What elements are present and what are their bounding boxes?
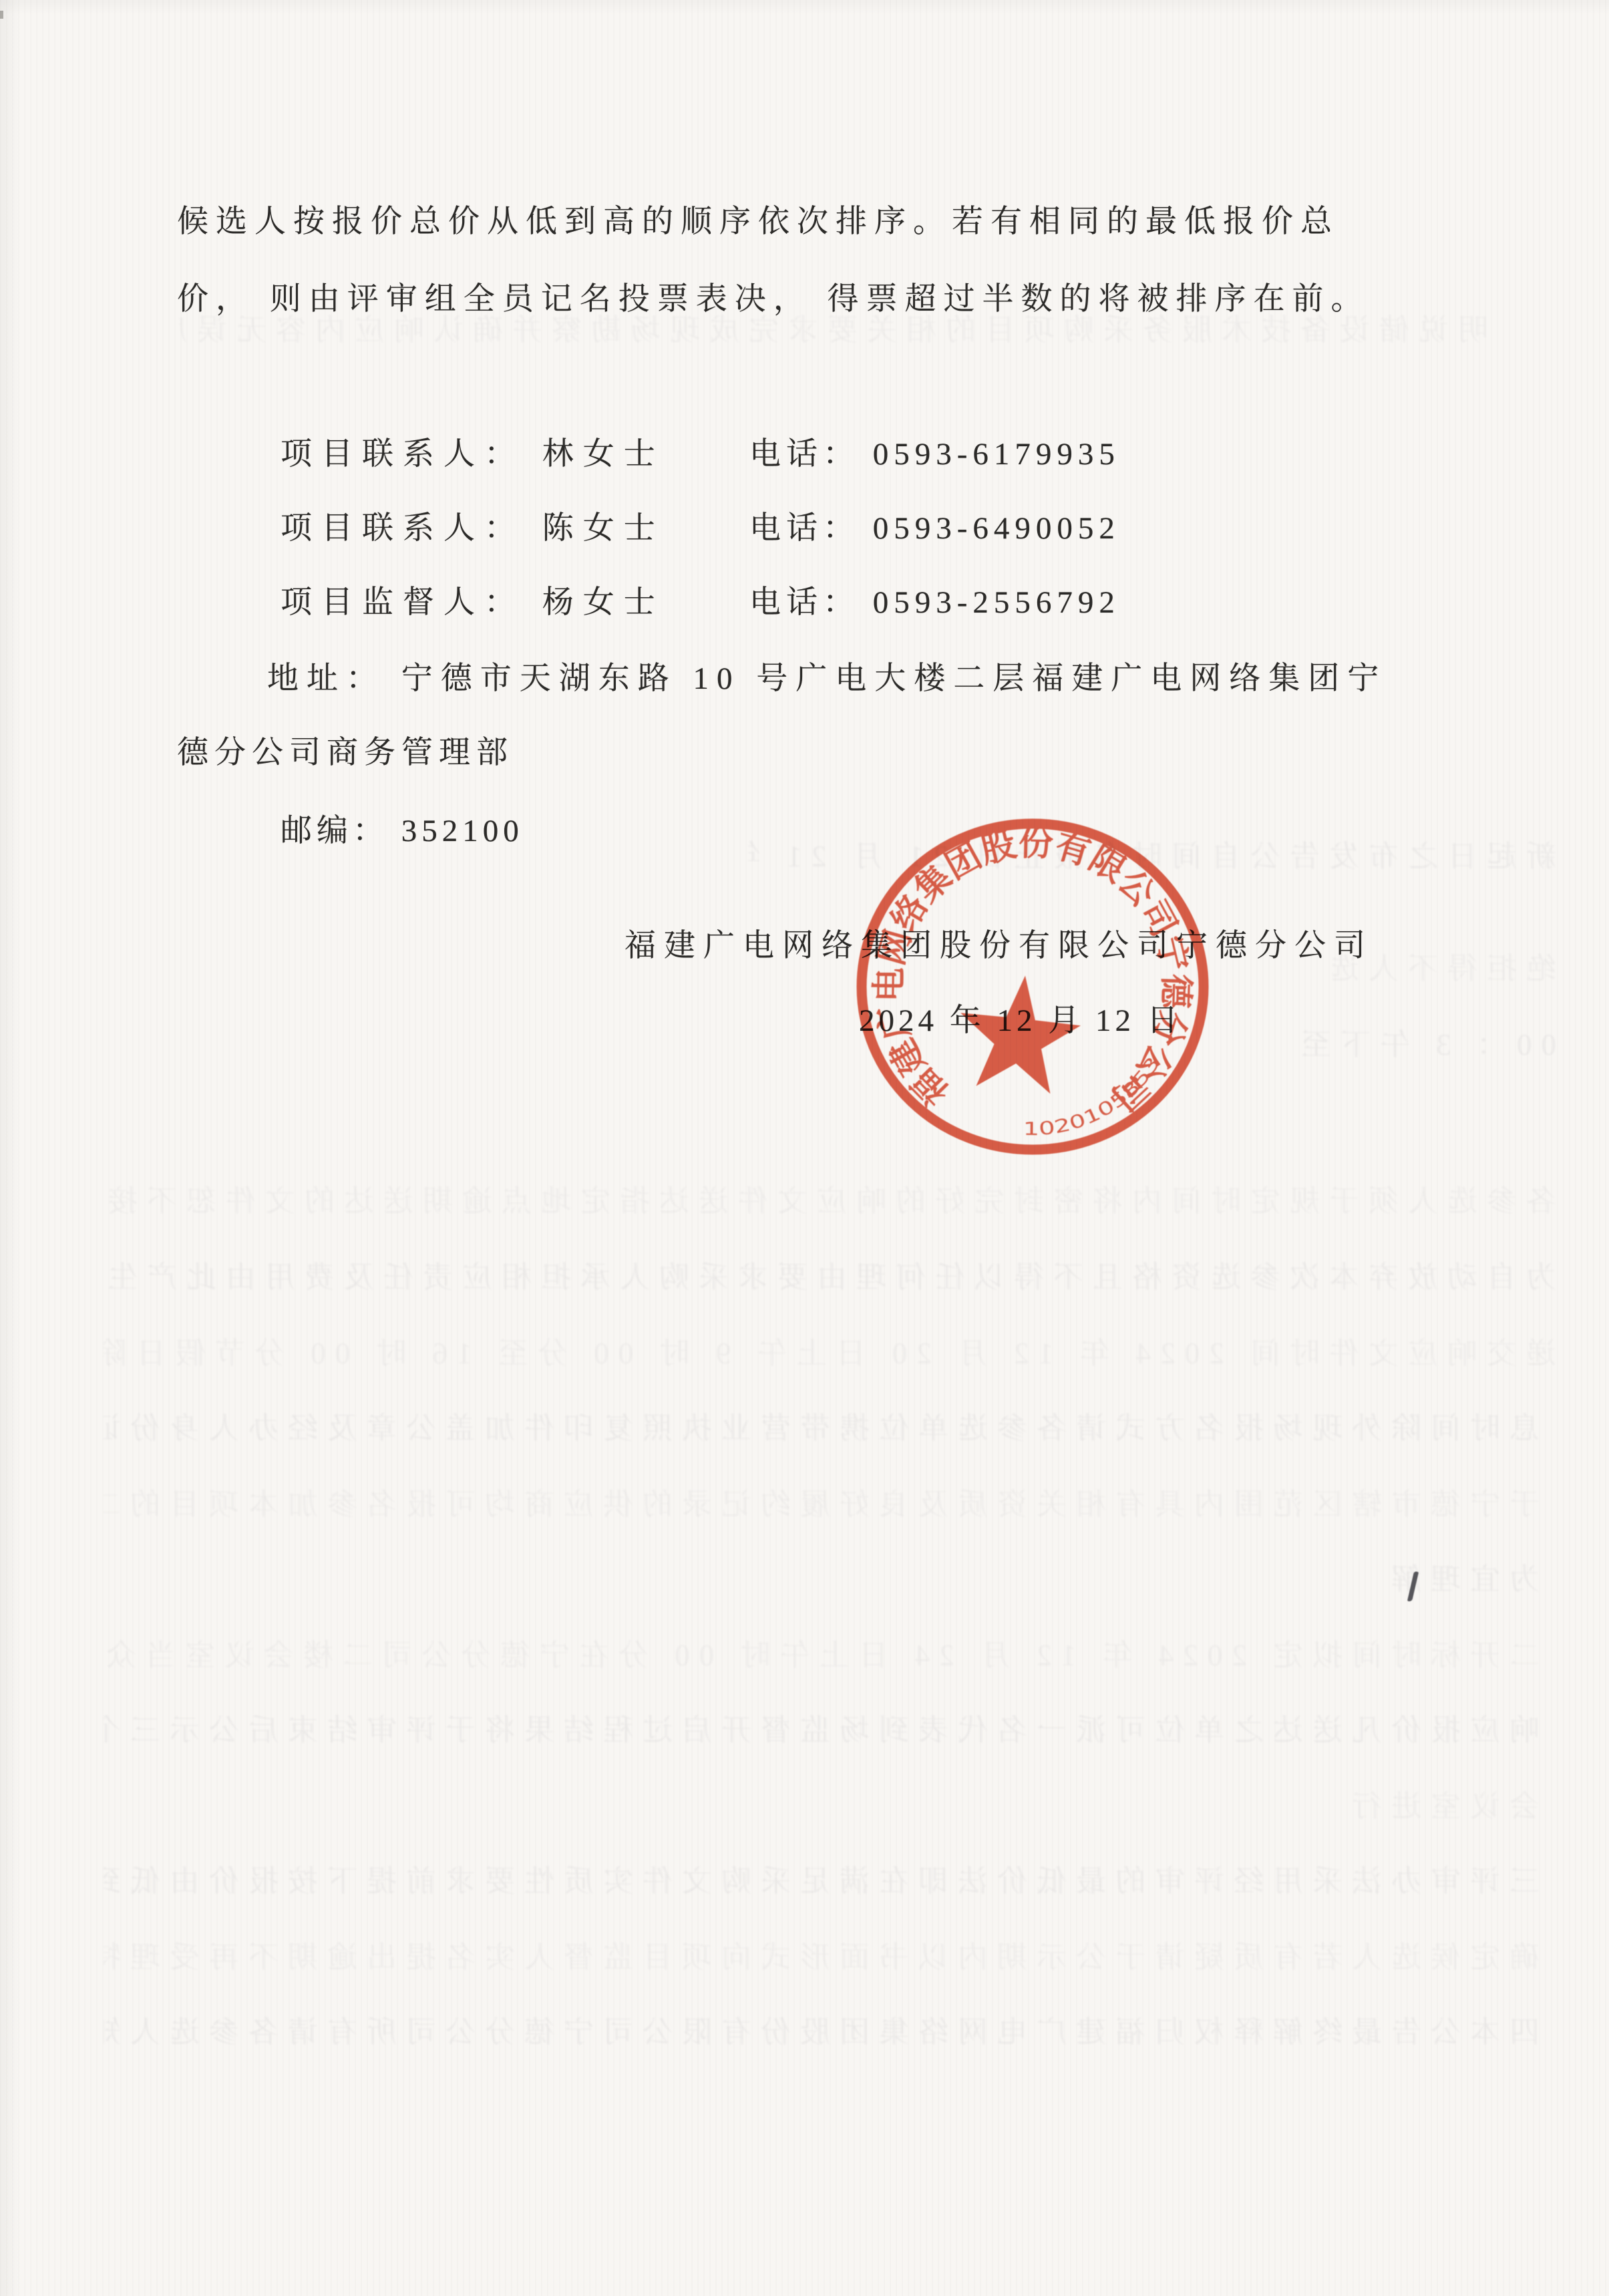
bleedthrough-line: 会议室进行 [104,1789,1540,1824]
bleedthrough-line: 三评审办法采用经评审的最低价法即在满足采购文件实质性要求前提下按报价由低到高排序 [104,1864,1540,1899]
seal-star-icon [953,969,1085,1096]
bleedthrough-line: 二开标时间拟定 2024 年 12 月 24 日上午时 00 分在宁德分公司二楼… [104,1638,1540,1673]
supervisor-phone: 电话： 0593-2556792 [749,584,1120,621]
address-line-1: 地址： 宁德市天湖东路 10 号广电大楼二层福建广电网络集团宁 [267,660,1387,697]
scan-speck [0,11,3,19]
bleedthrough-line: 为自动放弃本次参选资格且不得以任何理由要求采购人承担相应责任及费用由此产生的后果 [104,1260,1556,1295]
pen-mark [1407,1571,1419,1602]
bleedthrough-line: 于宁德市辖区范围内具有相关资质及良好履约记录的供应商均可报名参加本项目的二次遴选 [104,1487,1540,1522]
contact-person-label: 项目联系人： 陈女士 [281,510,665,547]
contact-person-label: 项目联系人： 林女士 [281,436,665,473]
bleedthrough-line: 00 ：3 午下至时 [1302,1027,1556,1062]
postal-code: 邮编： 352100 [281,812,524,850]
scanned-document-page: 明说储设备技术服务采购项目的相关要求完成现场勘察并确认响应内容无误后递交新起日之… [0,0,1609,2296]
bleedthrough-line: 四本公告最终解释权归福建广电网络集团股份有限公司宁德分公司所有请各参选人知悉遵守 [104,2015,1540,2049]
contact-phone: 电话： 0593-6490052 [749,510,1120,547]
bleedthrough-line: 息时间除外现场报名方式请各参选单位携带营业执照复印件加盖公章及经办人身份证件地址 [104,1411,1540,1446]
official-seal: 福建广电网络集团股份有限公司宁德分公司 1020105853 [832,786,1233,1187]
seal-ring [862,824,1204,1150]
bleedthrough-line: 各参选人须于规定时间内将密封完好的响应文件送达指定地点逾期送达的文件恕不接收并视 [104,1184,1556,1218]
contact-phone: 电话： 0593-6179935 [749,436,1120,473]
address-line-2: 德分公司商务管理部 [177,734,514,772]
supervisor-label: 项目监督人： 杨女士 [281,584,665,621]
bleedthrough-line: 递交响应文件时间 2024 年 12 月 20 日上午 9 时 00 分至 16… [104,1336,1556,1371]
bleedthrough-line: 确定候选人若有质疑请于公示期内以书面形式向项目监督人实名提出逾期不再受理特此说明 [104,1940,1540,1975]
bleedthrough-line: 为宜理解 [104,1562,1540,1597]
body-paragraph-line-2: 价， 则由评审组全员记名投票表决， 得票超过半数的将被排序在前。 [177,281,1370,318]
bleedthrough-line: 响应报价凡送达之单位可派一名代表到场监督开启过程结果将于评审结束后公示三个工作日 [104,1713,1540,1748]
body-paragraph-line-1: 候选人按报价总价从低到高的顺序依次排序。若有相同的最低报价总 [177,203,1339,240]
